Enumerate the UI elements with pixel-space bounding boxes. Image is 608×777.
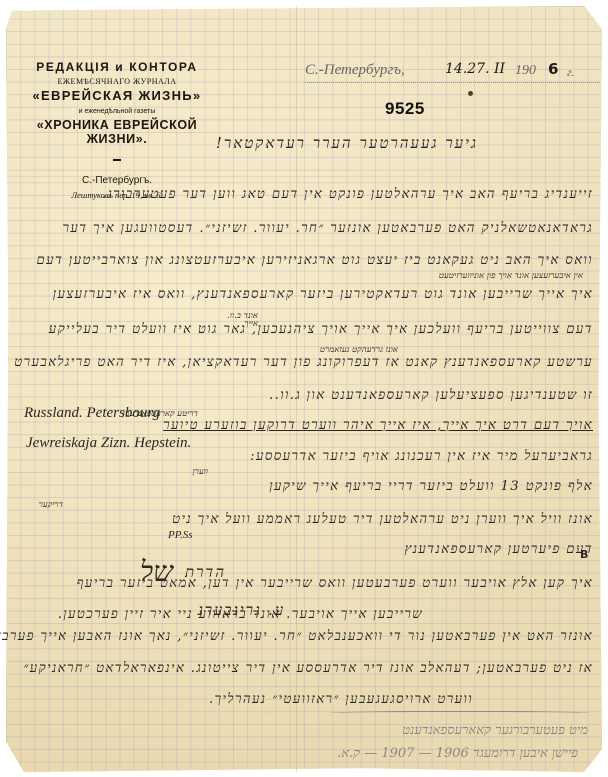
body-line: ערשטע קארעספאנדענץ קאנט אז דעפרוקונג פון… xyxy=(14,354,593,370)
initials-flourish: של xyxy=(140,555,173,589)
registry-stamp-number: 9525 xyxy=(385,99,425,119)
dateline-dotted-rule xyxy=(305,82,600,83)
letterhead-weekly-newspaper: и еженедѣльной газеты xyxy=(22,108,212,115)
signature: ע. גרינבערג xyxy=(198,601,285,620)
body-line: איך אייך שרייבען אונד גוט רעדאקטירען ביז… xyxy=(53,286,593,302)
ink-blot xyxy=(468,91,473,96)
body-line: גראדאנאטשאלניק האט פערבאטען אונזער ״חר. … xyxy=(62,220,593,236)
dateline: С.-Петербургъ, 14.27. II 190 6 г. xyxy=(305,62,600,84)
body-line: דעם צווייטען בריעף וועלכען איך אייך אויך… xyxy=(49,321,593,337)
dateline-city: С.-Петербургъ, xyxy=(305,62,405,79)
body-line: אויך דעם דרט איך אייך, איז אייך איהר ווע… xyxy=(163,417,593,433)
pencil-separator xyxy=(330,711,590,716)
postscript-line: ווערט ארויסגעגעבען ״ראזוועטי״ נעהרליך. xyxy=(209,691,473,707)
body-line: אלף פונקט 13 וועלט ביזער דריי בריעף אייך… xyxy=(269,478,593,494)
body-line: וואס איך האב ניט געקאנט ביז יעצט גוט ארג… xyxy=(37,252,593,268)
letterhead-journal-title: «ЕВРЕЙСКАЯ ЖИЗНЬ» xyxy=(22,88,212,103)
margin-insertion: ווערן xyxy=(192,466,208,477)
margin-insertion: דריקער xyxy=(39,499,63,510)
greeting: גיער געעהרטער הערר רעדאקטאר! xyxy=(216,134,478,153)
letterhead-editorial-office: РЕДАКЦІЯ и КОНТОРА xyxy=(22,60,212,74)
dateline-year-handwritten: 6 xyxy=(548,60,558,78)
closing-salutation: הדרת xyxy=(185,563,226,582)
corner-mark: B xyxy=(580,548,588,561)
latin-address-line-2: Jewreiskaja Zizn. Hepstein. xyxy=(26,435,191,452)
body-line: זייענדיג בריעף האב איך ערהאלטען פונקט אי… xyxy=(102,186,593,202)
body-line: דעם פיערטען קארעספאנדענץ xyxy=(404,541,593,557)
postscript-line: אונזר האט אין פערבאטען נור די וואכענבלאט… xyxy=(0,628,593,644)
letterhead-city: С.-Петербургъ. xyxy=(22,175,212,186)
letterhead: РЕДАКЦІЯ и КОНТОРА ЕЖЕМѢСЯЧНАГО ЖУРНАЛА … xyxy=(22,60,212,200)
letterhead-newspaper-title: «ХРОНИКА ЕВРЕЙСКОЙ ЖИЗНИ». xyxy=(22,118,212,146)
dateline-year-suffix: г. xyxy=(567,65,575,80)
latin-address-line-1: Russland. Petersbourg xyxy=(24,405,160,422)
dateline-day-month: 14.27. II xyxy=(445,61,505,77)
body-line: אונז וויל איך ווערן ניט ערהאלטען דיר טעל… xyxy=(172,511,593,527)
pp-abbreviation: PP.Ss xyxy=(168,529,193,541)
dateline-year-printed: 190 xyxy=(515,63,536,79)
pencil-note: פיישן איבען דרומעגד 1906 — 1907 — ק.א. xyxy=(337,745,578,761)
postscript-line: אז ניט פערבאטען; דעהאלב אונז דיר אדרעססע… xyxy=(23,660,593,676)
margin-insertion: אין איבערזעצען אונד אויך פון אוניווערזיט… xyxy=(439,270,583,281)
pencil-note: מיט פעטערבורגער קאארעספאנדענט xyxy=(402,722,588,738)
letterhead-divider xyxy=(113,159,121,161)
letterhead-monthly-journal: ЕЖЕМѢСЯЧНАГО ЖУРНАЛА xyxy=(22,77,212,86)
body-line: גראביערעל מיר איז אין רעכנונג אויף ביזער… xyxy=(250,448,593,464)
body-line: זו שטענדיגען ספעציעלען קארעספאנדענט און … xyxy=(269,387,593,403)
